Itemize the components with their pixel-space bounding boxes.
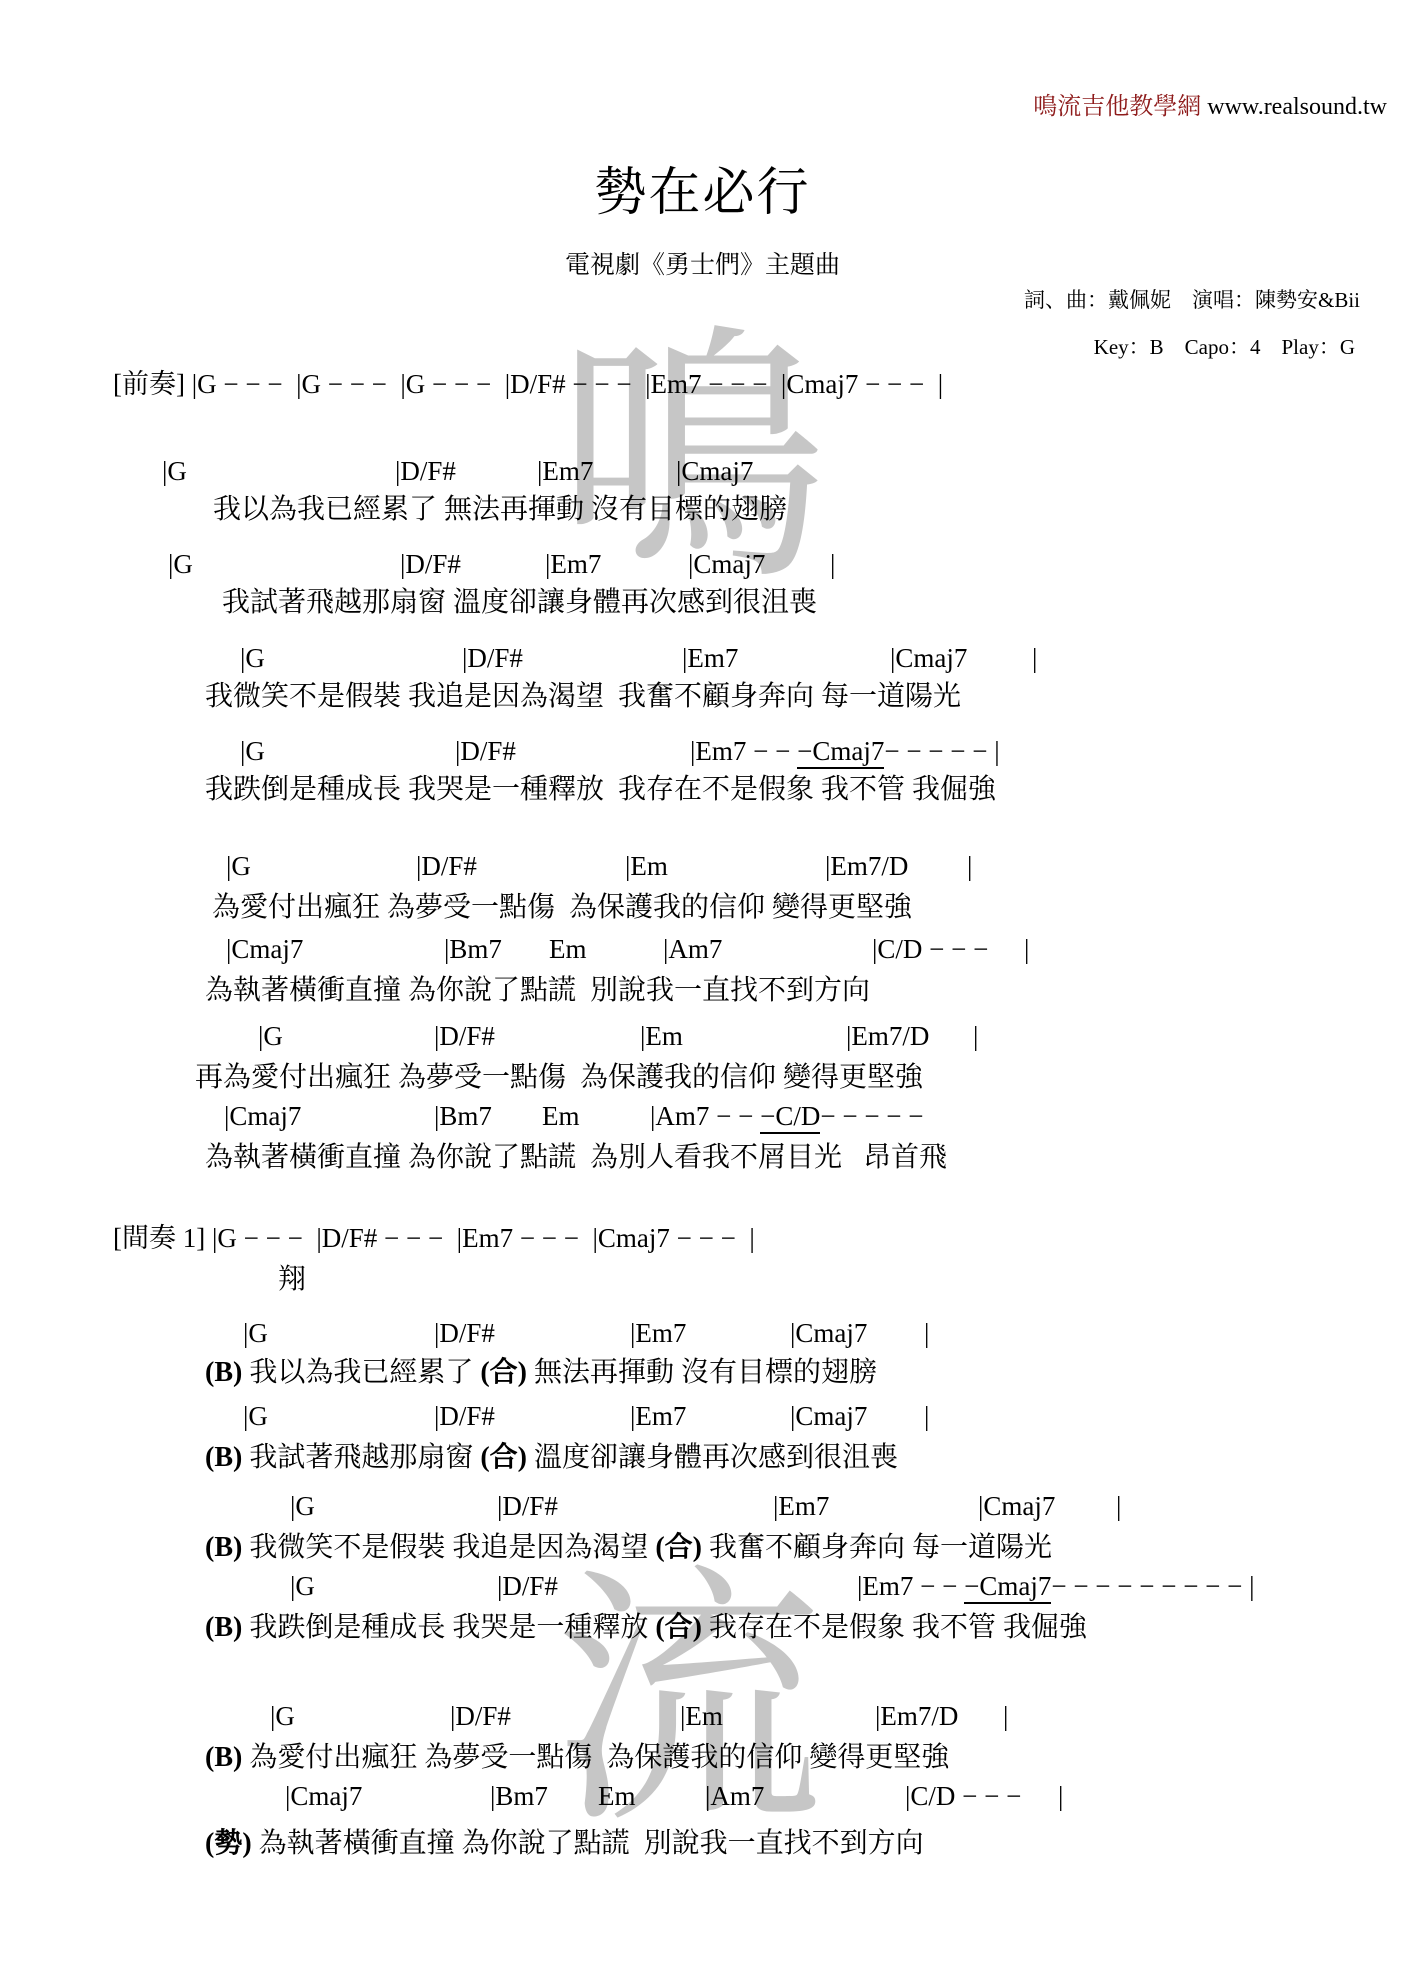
chord-text: |Em (640, 1021, 683, 1051)
chord-text: | (830, 549, 835, 579)
chord-token: |Em7 − − −Cmaj7− − − − − − − − − | (857, 1570, 1255, 1604)
song-title: 勢在必行 (0, 150, 1405, 225)
chord-token: |D/F# (434, 1020, 495, 1054)
chord-text: |G (243, 1401, 268, 1431)
chord-token: |Em7 (773, 1490, 829, 1524)
chord-underlined-segment: −C/D (760, 1101, 820, 1134)
chord-token: |Em (680, 1700, 723, 1734)
chord-text: |Em7 (630, 1401, 686, 1431)
chord-text: |D/F# (497, 1571, 558, 1601)
chord-text: |Em (625, 851, 668, 881)
chord-text: |Em7/D (846, 1021, 929, 1051)
chord-sheet-page: 鳴 流 鳴流吉他教學網 www.realsound.tw 勢在必行 電視劇《勇士… (0, 0, 1405, 1987)
text-run: 為愛付出瘋狂 為夢受一點傷 為保護我的信仰 變得更堅強 (212, 892, 912, 923)
chord-text: |Cmaj7 (676, 456, 753, 486)
chord-token: |G (243, 1400, 268, 1434)
chord-text: |Em7 − − (857, 1571, 964, 1601)
chord-token: |D/F# (434, 1317, 495, 1351)
text-run: 為執著橫衝直撞 為你說了點謊 別說我一直找不到方向 (252, 1828, 924, 1859)
lyrics-line: 為執著橫衝直撞 為你說了點謊 為別人看我不屑目光 昂首飛 (205, 1140, 947, 1175)
chord-token: | (1116, 1490, 1121, 1524)
chord-text: |Cmaj7 (790, 1318, 867, 1348)
chord-token: |Em7/D (875, 1700, 958, 1734)
chord-token: |D/F# (400, 548, 461, 582)
text-run: 溫度卻讓身體再次感到很沮喪 (527, 1442, 898, 1473)
lyrics-line: (B) 我跌倒是種成長 我哭是一種釋放 (合) 我存在不是假象 我不管 我倔強 (205, 1610, 1087, 1645)
chord-text: | (924, 1401, 929, 1431)
chord-token: |Cmaj7 (790, 1317, 867, 1351)
chord-text: |Em7 (682, 643, 738, 673)
chord-text: | (924, 1318, 929, 1348)
chord-text: | (967, 851, 972, 881)
vocalist-marker: (合) (655, 1612, 702, 1643)
chord-text: |D/F# (416, 851, 477, 881)
chord-text: | (1024, 934, 1029, 964)
chord-token: |Em (640, 1020, 683, 1054)
chord-text: |D/F# (434, 1021, 495, 1051)
chord-text: |Cmaj7 (978, 1491, 1055, 1521)
text-run: 我微笑不是假裝 我追是因為渴望 我奮不顧身奔向 每一道陽光 (205, 681, 961, 712)
lyrics-line: (B) 我以為我已經累了 (合) 無法再揮動 沒有目標的翅膀 (205, 1355, 877, 1390)
chord-text: |D/F# (434, 1318, 495, 1348)
lyrics-line: (B) 我試著飛越那扇窗 (合) 溫度卻讓身體再次感到很沮喪 (205, 1440, 898, 1475)
chord-text: |D/F# (400, 549, 461, 579)
chord-token: |Am7 − − −C/D− − − − − (650, 1100, 924, 1134)
vocalist-marker: (B) (205, 1612, 242, 1643)
chord-text: |Em7 (630, 1318, 686, 1348)
chord-token: |Em7/D (846, 1020, 929, 1054)
chord-underlined-segment: −Cmaj7 (964, 1571, 1051, 1604)
chord-token: |Bm7 (434, 1100, 492, 1134)
text-run: 為執著橫衝直撞 為你說了點謊 別說我一直找不到方向 (205, 975, 870, 1006)
chord-token: |G (240, 735, 265, 769)
chord-text: |C/D − − − (905, 1781, 1021, 1811)
chord-text: | (1003, 1701, 1008, 1731)
vocalist-marker: (勢) (205, 1828, 252, 1859)
chord-token: |G (290, 1570, 315, 1604)
chord-text: |Em7/D (875, 1701, 958, 1731)
chord-token: |G (168, 548, 193, 582)
chord-text: |G (162, 456, 187, 486)
text-run: 我以為我已經累了 無法再揮動 沒有目標的翅膀 (213, 494, 787, 525)
chord-token: |G (240, 642, 265, 676)
chord-text: |Em7 (773, 1491, 829, 1521)
vocalist-marker: (合) (480, 1357, 527, 1388)
text-run: 我以為我已經累了 (242, 1357, 480, 1388)
chord-text: |G (226, 851, 251, 881)
chord-token: |Cmaj7 (978, 1490, 1055, 1524)
text-run: 為愛付出瘋狂 為夢受一點傷 為保護我的信仰 變得更堅強 (242, 1742, 949, 1773)
chord-token: | (924, 1400, 929, 1434)
text-run: 我試著飛越那扇窗 溫度卻讓身體再次感到很沮喪 (222, 587, 817, 618)
chord-token: | (973, 1020, 978, 1054)
chord-token: |G (258, 1020, 283, 1054)
chord-text: | (973, 1021, 978, 1051)
chord-text: |Am7 (663, 934, 722, 964)
lyrics-line: (B) 我微笑不是假裝 我追是因為渴望 (合) 我奮不顧身奔向 每一道陽光 (205, 1530, 1052, 1565)
vocalist-marker: (合) (480, 1442, 527, 1473)
lyrics-line: 為愛付出瘋狂 為夢受一點傷 為保護我的信仰 變得更堅強 (212, 890, 912, 925)
chord-text: |G (290, 1571, 315, 1601)
chord-token: |Cmaj7 (285, 1780, 362, 1814)
chord-token: |G (226, 850, 251, 884)
chord-text: |Am7 (705, 1781, 764, 1811)
lyrics-line: 翔 (278, 1262, 306, 1297)
section-line: [間奏 1] |G − − − |D/F# − − − |Em7 − − − |… (113, 1222, 755, 1256)
chord-token: | (924, 1317, 929, 1351)
site-url: www.realsound.tw (1201, 94, 1387, 120)
chord-text: |C/D − − − (872, 934, 988, 964)
lyrics-line: 我跌倒是種成長 我哭是一種釋放 我存在不是假象 我不管 我倔強 (205, 772, 996, 807)
chord-token: |C/D − − − (872, 933, 988, 967)
chord-token: |D/F# (395, 455, 456, 489)
chord-token: |Am7 (705, 1780, 764, 1814)
chord-text: |Bm7 (434, 1101, 492, 1131)
chord-text: |G (240, 736, 265, 766)
key-capo-info: Key：B Capo：4 Play：G (1094, 331, 1355, 361)
lyrics-line: (B) 為愛付出瘋狂 為夢受一點傷 為保護我的信仰 變得更堅強 (205, 1740, 949, 1775)
lyrics-line: (勢) 為執著橫衝直撞 為你說了點謊 別說我一直找不到方向 (205, 1826, 924, 1861)
lyrics-line: 我試著飛越那扇窗 溫度卻讓身體再次感到很沮喪 (222, 585, 817, 620)
chord-token: Em (542, 1100, 580, 1134)
chord-text: |Em7/D (825, 851, 908, 881)
chord-token: |D/F# (450, 1700, 511, 1734)
text-run: 無法再揮動 沒有目標的翅膀 (527, 1357, 877, 1388)
chord-text: |Em7 − − (690, 736, 797, 766)
chord-text: |Cmaj7 (224, 1101, 301, 1131)
chord-text: Em (598, 1781, 636, 1811)
chord-text: |Bm7 (490, 1781, 548, 1811)
chord-token: |Em7 (630, 1400, 686, 1434)
chord-text: Em (549, 934, 587, 964)
chord-token: |Bm7 (444, 933, 502, 967)
chord-token: |D/F# (434, 1400, 495, 1434)
chord-token: |G (270, 1700, 295, 1734)
chord-token: |Em7 (545, 548, 601, 582)
chord-token: |D/F# (455, 735, 516, 769)
chord-token: | (967, 850, 972, 884)
chord-token: |Cmaj7 (226, 933, 303, 967)
chord-text: |Cmaj7 (790, 1401, 867, 1431)
chord-text: |G (270, 1701, 295, 1731)
chord-token: Em (549, 933, 587, 967)
chord-token: |Cmaj7 (688, 548, 765, 582)
chord-text: |Cmaj7 (688, 549, 765, 579)
chord-token: |Em7 (630, 1317, 686, 1351)
chord-token: |D/F# (497, 1490, 558, 1524)
song-credits: 詞、曲：戴佩妮 演唱：陳勢安&Bii (1024, 284, 1360, 314)
chord-token: |Cmaj7 (224, 1100, 301, 1134)
chord-text: |Em7 (537, 456, 593, 486)
vocalist-marker: (B) (205, 1442, 242, 1473)
chord-text: |Bm7 (444, 934, 502, 964)
text-run: 我存在不是假象 我不管 我倔強 (702, 1612, 1087, 1643)
text-run: 為執著橫衝直撞 為你說了點謊 為別人看我不屑目光 昂首飛 (205, 1142, 947, 1173)
chord-token: |Cmaj7 (890, 642, 967, 676)
chord-token: |Em7/D (825, 850, 908, 884)
chord-text: |D/F# (462, 643, 523, 673)
chord-text: |Cmaj7 (226, 934, 303, 964)
chord-text: |Em (680, 1701, 723, 1731)
chord-token: |Bm7 (490, 1780, 548, 1814)
chord-token: | (830, 548, 835, 582)
text-run: 再為愛付出瘋狂 為夢受一點傷 為保護我的信仰 變得更堅強 (195, 1062, 923, 1093)
chord-token: |D/F# (462, 642, 523, 676)
chord-text: − − − − − − − − − | (1051, 1571, 1254, 1601)
vocalist-marker: (B) (205, 1532, 242, 1563)
chord-token: |D/F# (497, 1570, 558, 1604)
chord-token: | (1003, 1700, 1008, 1734)
chord-token: | (1032, 642, 1037, 676)
chord-token: |Em7 − − −Cmaj7− − − − − | (690, 735, 1000, 769)
chord-text: − − − − − (820, 1101, 923, 1131)
chord-text: |G (243, 1318, 268, 1348)
chord-token: | (1058, 1780, 1063, 1814)
lyrics-line: 再為愛付出瘋狂 為夢受一點傷 為保護我的信仰 變得更堅強 (195, 1060, 923, 1095)
chord-text: |Cmaj7 (285, 1781, 362, 1811)
chord-token: |Cmaj7 (790, 1400, 867, 1434)
chord-text: |G (290, 1491, 315, 1521)
lyrics-line: 為執著橫衝直撞 為你說了點謊 別說我一直找不到方向 (205, 973, 870, 1008)
text-run: 翔 (278, 1264, 306, 1295)
chord-text: |D/F# (450, 1701, 511, 1731)
chord-text: |G (168, 549, 193, 579)
chord-token: |Em (625, 850, 668, 884)
chord-token: |G (290, 1490, 315, 1524)
chord-text: |D/F# (497, 1491, 558, 1521)
chord-token: |G (243, 1317, 268, 1351)
vocalist-marker: (合) (655, 1532, 702, 1563)
text-run: 我跌倒是種成長 我哭是一種釋放 (242, 1612, 655, 1643)
chord-token: Em (598, 1780, 636, 1814)
chord-text: | (1058, 1781, 1063, 1811)
vocalist-marker: (B) (205, 1357, 242, 1388)
chord-token: |Em7 (682, 642, 738, 676)
chord-token: |G (162, 455, 187, 489)
vocalist-marker: (B) (205, 1742, 242, 1773)
chord-text: |Em7 (545, 549, 601, 579)
chord-text: |Cmaj7 (890, 643, 967, 673)
chord-text: |G (258, 1021, 283, 1051)
text-run: [間奏 1] |G − − − |D/F# − − − |Em7 − − − |… (113, 1223, 755, 1253)
site-header: 鳴流吉他教學網 www.realsound.tw (1033, 86, 1387, 121)
chord-token: |D/F# (416, 850, 477, 884)
chord-text: − − − − − | (884, 736, 999, 766)
chord-underlined-segment: −Cmaj7 (797, 736, 884, 769)
site-name: 鳴流吉他教學網 (1033, 94, 1201, 120)
section-line: [前奏] |G − − − |G − − − |G − − − |D/F# − … (113, 368, 943, 402)
chord-text: | (1032, 643, 1037, 673)
chord-text: | (1116, 1491, 1121, 1521)
chord-text: |D/F# (395, 456, 456, 486)
text-run: 我跌倒是種成長 我哭是一種釋放 我存在不是假象 我不管 我倔強 (205, 774, 996, 805)
chord-text: |D/F# (455, 736, 516, 766)
chord-token: |Cmaj7 (676, 455, 753, 489)
chord-text: Em (542, 1101, 580, 1131)
chord-text: |D/F# (434, 1401, 495, 1431)
chord-token: |Em7 (537, 455, 593, 489)
chord-token: | (1024, 933, 1029, 967)
song-subtitle: 電視劇《勇士們》主題曲 (0, 245, 1405, 281)
chord-token: |C/D − − − (905, 1780, 1021, 1814)
lyrics-line: 我微笑不是假裝 我追是因為渴望 我奮不顧身奔向 每一道陽光 (205, 679, 961, 714)
chord-token: |Am7 (663, 933, 722, 967)
chord-text: |Am7 − − (650, 1101, 760, 1131)
text-run: [前奏] |G − − − |G − − − |G − − − |D/F# − … (113, 369, 943, 399)
chord-text: |G (240, 643, 265, 673)
lyrics-line: 我以為我已經累了 無法再揮動 沒有目標的翅膀 (213, 492, 787, 527)
text-run: 我試著飛越那扇窗 (242, 1442, 480, 1473)
text-run: 我奮不顧身奔向 每一道陽光 (702, 1532, 1052, 1563)
text-run: 我微笑不是假裝 我追是因為渴望 (242, 1532, 655, 1563)
